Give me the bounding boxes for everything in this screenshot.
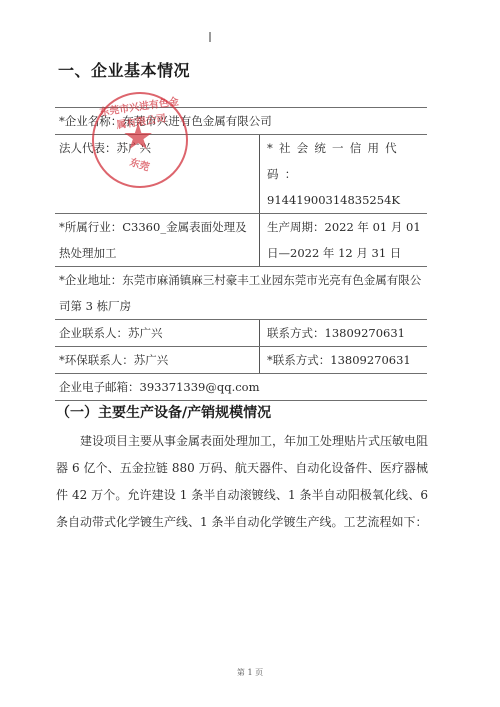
table-row-env-contact: *环保联系人：苏广兴 *联系方式：13809270631 (55, 346, 427, 373)
table-row-address: *企业地址：东莞市麻涌镇麻三村豪丰工业园东莞市光亮有色金属有限公司第 3 栋厂房 (55, 266, 427, 319)
env-contact-phone-cell: *联系方式：13809270631 (260, 347, 427, 373)
credit-code-value: 91441900314835254K (267, 187, 423, 213)
scan-mark (209, 32, 211, 42)
address-cell: *企业地址：东莞市麻涌镇麻三村豪丰工业园东莞市光亮有色金属有限公司第 3 栋厂房 (55, 267, 427, 319)
legal-rep-cell: 法人代表：苏广兴 (55, 135, 260, 213)
subsection-title: （一）主要生产设备/产销规模情况 (56, 402, 271, 422)
table-row-industry: *所属行业：C3360_金属表面处理及热处理加工 生产周期：2022 年 01 … (55, 213, 427, 266)
contact-person-cell: 企业联系人：苏广兴 (55, 320, 260, 346)
credit-code-cell: *社会统一信用代码： 91441900314835254K (260, 135, 427, 213)
env-contact-person-cell: *环保联系人：苏广兴 (55, 347, 260, 373)
production-description: 建设项目主要从事金属表面处理加工，年加工处理贴片式压敏电阻器 6 亿个、五金拉链… (56, 428, 428, 536)
section-title: 一、企业基本情况 (58, 58, 190, 81)
page-number: 第 1 页 (0, 667, 500, 678)
table-row-email: 企业电子邮箱：393371339@qq.com (55, 373, 427, 401)
table-row-contact: 企业联系人：苏广兴 联系方式：13809270631 (55, 319, 427, 346)
industry-cell: *所属行业：C3360_金属表面处理及热处理加工 (55, 214, 260, 266)
production-period-cell: 生产周期：2022 年 01 月 01 日—2022 年 12 月 31 日 (260, 214, 427, 266)
contact-phone-cell: 联系方式：13809270631 (260, 320, 427, 346)
company-info-table: *企业名称：东莞市兴进有色金属有限公司 法人代表：苏广兴 *社会统一信用代码： … (55, 107, 427, 401)
email-cell: 企业电子邮箱：393371339@qq.com (55, 374, 427, 400)
company-name-cell: *企业名称：东莞市兴进有色金属有限公司 (55, 108, 427, 134)
table-row-legal-rep: 法人代表：苏广兴 *社会统一信用代码： 91441900314835254K (55, 134, 427, 213)
table-row-company-name: *企业名称：东莞市兴进有色金属有限公司 (55, 107, 427, 134)
credit-code-label: *社会统一信用代码： (267, 135, 423, 187)
